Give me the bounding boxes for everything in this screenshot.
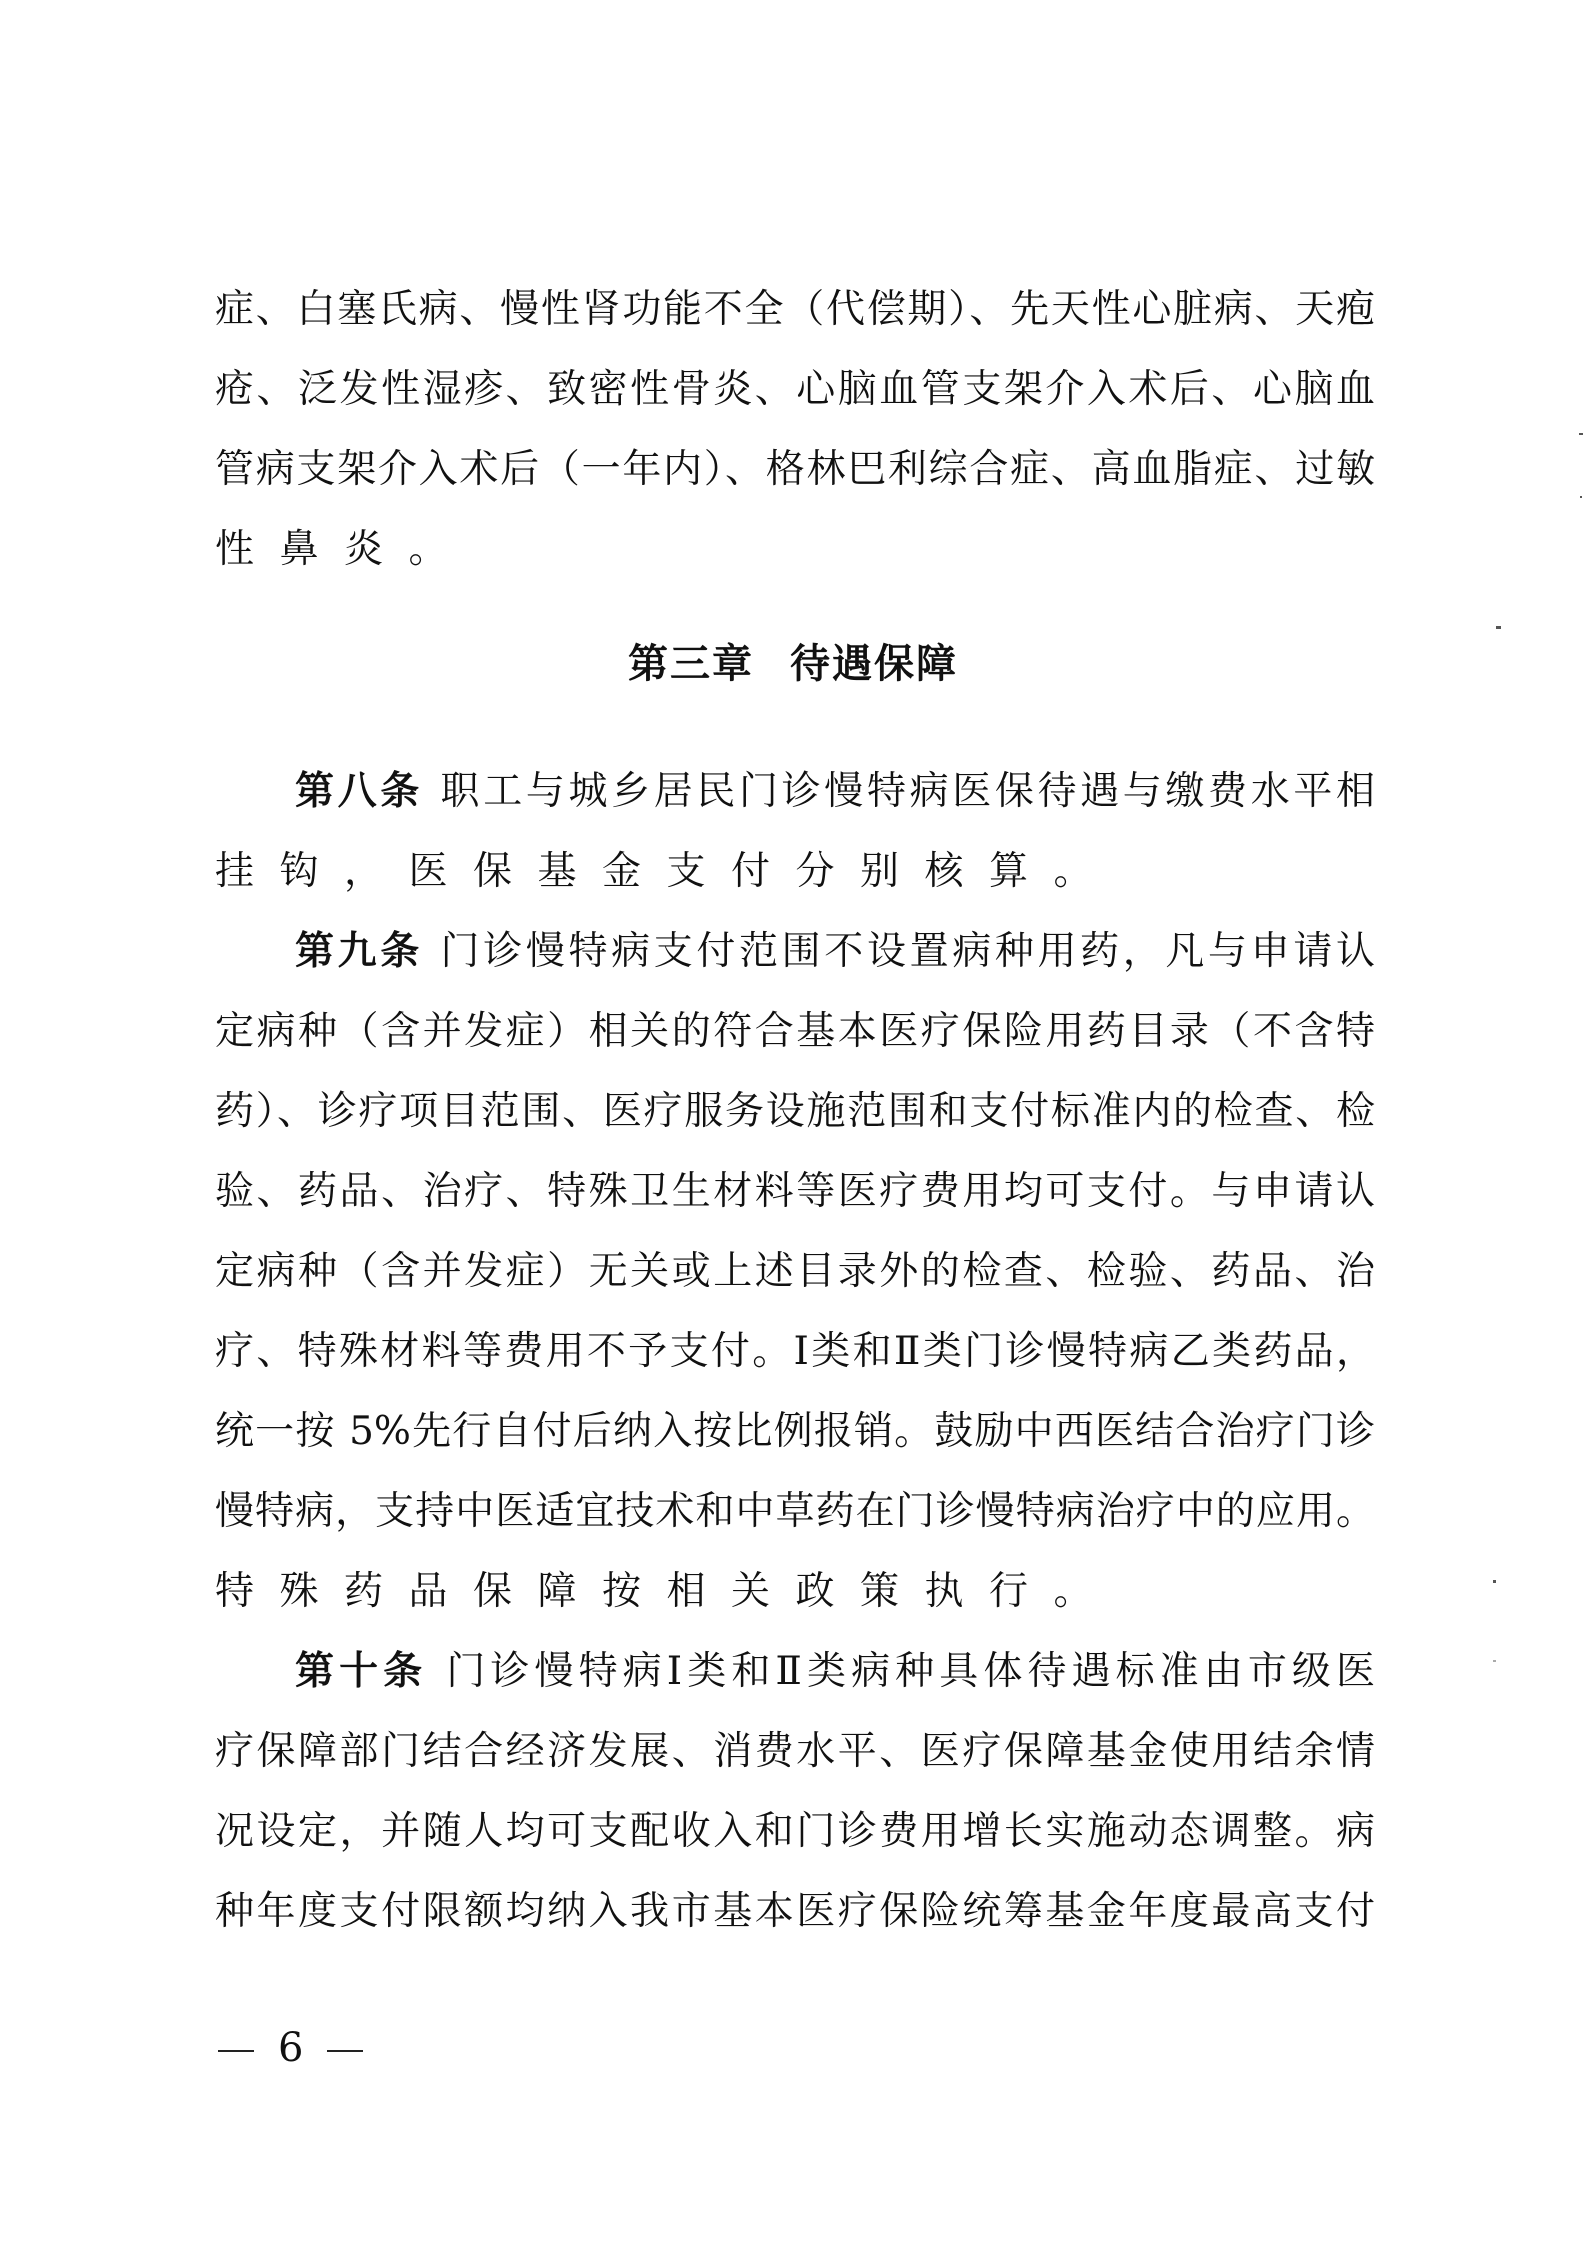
document-page: 症、白塞氏病、慢性肾功能不全（代偿期）、先天性心脏病、天疱 疮、泛发性湿疹、致密… bbox=[0, 0, 1586, 2245]
body-line: 挂钩，医保基金支付分别核算。 bbox=[215, 850, 1375, 894]
article-label: 第九条 bbox=[295, 929, 423, 974]
body-line: 疗、特殊材料等费用不予支付。Ⅰ类和Ⅱ类门诊慢特病乙类药品， bbox=[215, 1330, 1375, 1374]
body-line: 种年度支付限额均纳入我市基本医疗保险统筹基金年度最高支付 bbox=[215, 1890, 1375, 1934]
article-10-first-line: 第十条门诊慢特病Ⅰ类和Ⅱ类病种具体待遇标准由市级医 bbox=[295, 1650, 1375, 1694]
body-line: 定病种（含并发症）无关或上述目录外的检查、检验、药品、治 bbox=[215, 1250, 1375, 1294]
body-line: 特殊药品保障按相关政策执行。 bbox=[215, 1570, 1375, 1614]
article-text: 职工与城乡居民门诊慢特病医保待遇与缴费水平相 bbox=[437, 769, 1375, 814]
scan-speck bbox=[1496, 626, 1501, 629]
article-8-first-line: 第八条职工与城乡居民门诊慢特病医保待遇与缴费水平相 bbox=[295, 770, 1375, 814]
scan-speck bbox=[1493, 1660, 1496, 1662]
article-text: 门诊慢特病支付范围不设置病种用药，凡与申请认 bbox=[437, 929, 1375, 974]
dash-right bbox=[327, 2050, 363, 2052]
body-line: 统一按 5%先行自付后纳入按比例报销。鼓励中西医结合治疗门诊 bbox=[215, 1410, 1375, 1454]
body-line: 症、白塞氏病、慢性肾功能不全（代偿期）、先天性心脏病、天疱 bbox=[215, 288, 1375, 332]
body-line: 况设定，并随人均可支配收入和门诊费用增长实施动态调整。病 bbox=[215, 1810, 1375, 1854]
dash-left bbox=[218, 2050, 254, 2052]
body-line: 疮、泛发性湿疹、致密性骨炎、心脑血管支架介入术后、心脑血 bbox=[215, 368, 1375, 412]
page-number: 6 bbox=[218, 2024, 363, 2072]
chapter-heading: 第三章待遇保障 bbox=[0, 640, 1586, 688]
body-line: 慢特病，支持中医适宜技术和中草药在门诊慢特病治疗中的应用。 bbox=[215, 1490, 1375, 1534]
article-9-first-line: 第九条门诊慢特病支付范围不设置病种用药，凡与申请认 bbox=[295, 930, 1375, 974]
body-line: 性鼻炎。 bbox=[215, 528, 1375, 572]
body-line: 定病种（含并发症）相关的符合基本医疗保险用药目录（不含特 bbox=[215, 1010, 1375, 1054]
body-line: 验、药品、治疗、特殊卫生材料等医疗费用均可支付。与申请认 bbox=[215, 1170, 1375, 1214]
article-text: 门诊慢特病Ⅰ类和Ⅱ类病种具体待遇标准由市级医 bbox=[441, 1649, 1375, 1694]
scan-speck bbox=[1580, 496, 1582, 498]
scan-speck bbox=[1579, 433, 1583, 435]
body-line: 疗保障部门结合经济发展、消费水平、医疗保障基金使用结余情 bbox=[215, 1730, 1375, 1774]
chapter-number: 第三章 bbox=[628, 641, 754, 687]
body-line: 药）、诊疗项目范围、医疗服务设施范围和支付标准内的检查、检 bbox=[215, 1090, 1375, 1134]
body-line: 管病支架介入术后（一年内）、格林巴利综合症、高血脂症、过敏 bbox=[215, 448, 1375, 492]
chapter-name: 待遇保障 bbox=[790, 641, 958, 687]
article-label: 第八条 bbox=[295, 769, 423, 814]
page-number-value: 6 bbox=[278, 2024, 303, 2072]
article-label: 第十条 bbox=[295, 1649, 427, 1694]
scan-speck bbox=[1493, 1580, 1496, 1583]
